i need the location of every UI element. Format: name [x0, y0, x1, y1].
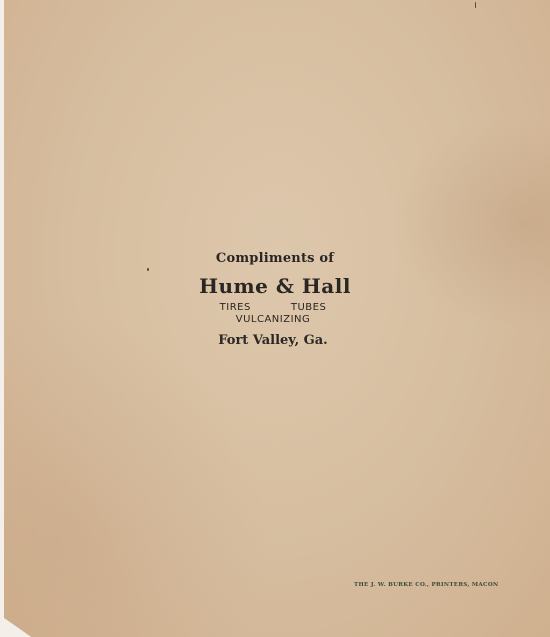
ink-speck [147, 268, 149, 271]
printer-credit: THE J. W. BURKE CO., PRINTERS, MACON [354, 582, 498, 588]
compliments-line: Compliments of [2, 251, 548, 266]
pencil-mark [475, 2, 476, 8]
service-tubes: TUBES [291, 302, 326, 313]
service-tires: TIRES [220, 302, 251, 313]
document-page: Compliments of Hume & Hall TIRESTUBES VU… [4, 0, 550, 637]
service-vulcanizing: VULCANIZING [0, 314, 546, 325]
location: Fort Valley, Ga. [0, 333, 546, 348]
services-line: TIRESTUBES [0, 302, 546, 313]
business-name: Hume & Hall [2, 274, 548, 298]
